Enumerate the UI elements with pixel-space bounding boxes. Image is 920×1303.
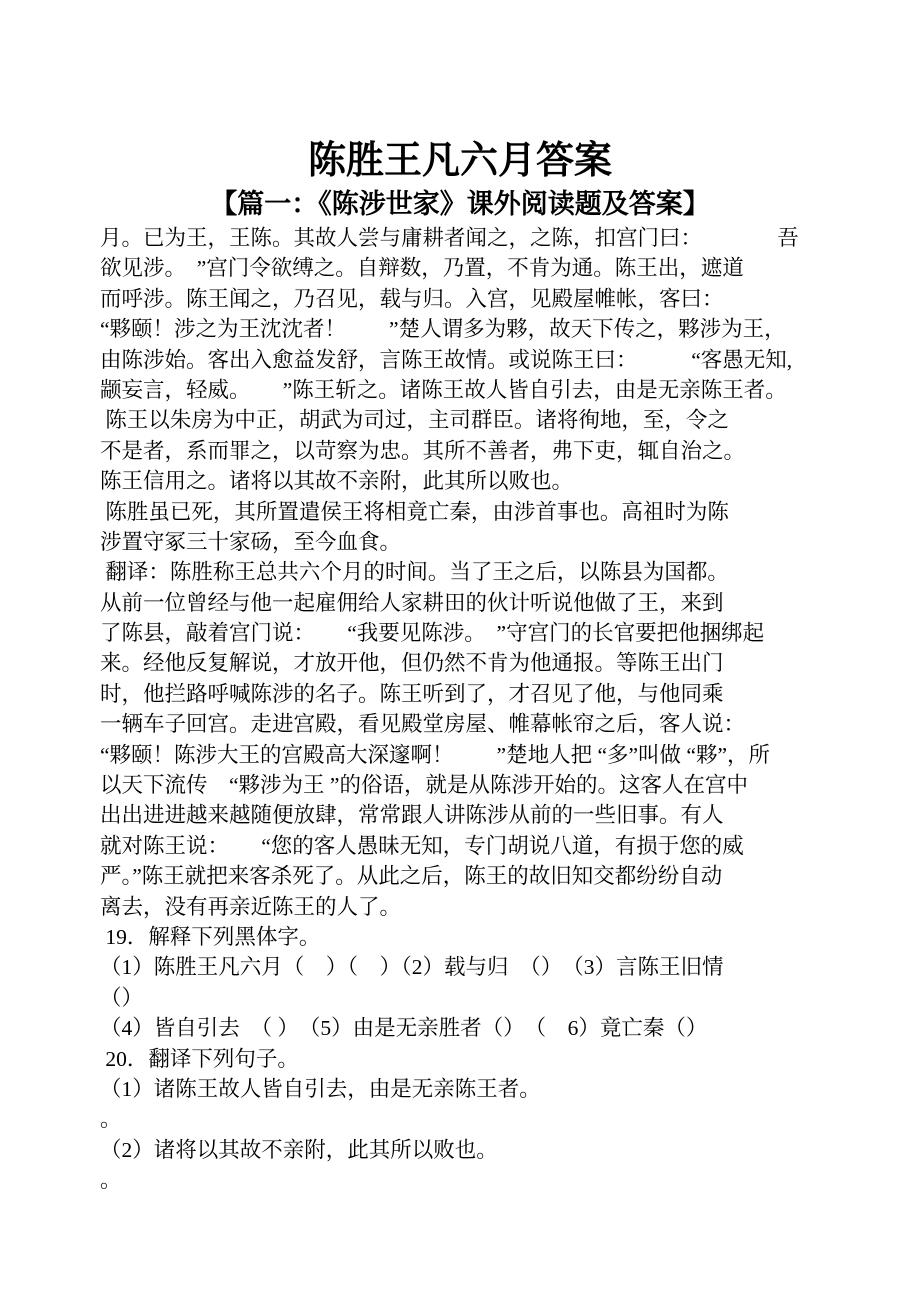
text-line: 陈胜虽已死，其所置遣侯王将相竟亡秦，由涉首事也。高祖时为陈 — [100, 497, 824, 527]
text-line: （4）皆自引去 （ ） （5）由是无亲胜者（） （ 6）竟亡秦（） — [100, 1013, 824, 1043]
text-line: 出出进进越来越随便放肆，常常跟人讲陈涉从前的一些旧事。有人 — [100, 800, 824, 830]
text-line: 来。经他反复解说，才放开他，但仍然不肯为他通报。等陈王出门 — [100, 648, 824, 678]
page-subtitle: 【篇一：《陈涉世家》课外阅读题及答案】 — [100, 186, 820, 222]
text-line: 不是者，系而罪之，以苛察为忠。其所不善者，弗下吏，辄自治之。 — [100, 436, 824, 466]
text-line: 由陈涉始。客出入愈益发舒，言陈王故情。或说陈王曰： “客愚无知, — [100, 345, 824, 375]
text-line: 了陈县，敲着宫门说： “我要见陈涉。 ”守宫门的长官要把他捆绑起 — [100, 618, 824, 648]
document-body: 月。已为王，王陈。其故人尝与庸耕者闻之，之陈，扣宫门曰： 吾欲见涉。 ”宫门令欲… — [100, 223, 824, 1196]
text-line: 离去，没有再亲近陈王的人了。 — [100, 892, 824, 922]
document-page: 陈胜王凡六月答案 【篇一：《陈涉世家》课外阅读题及答案】 月。已为王，王陈。其故… — [0, 0, 920, 1303]
text-line: 严。”陈王就把来客杀死了。从此之后，陈王的故旧知交都纷纷自动 — [100, 861, 824, 891]
text-line: “夥颐！涉之为王沈沈者！ ”楚人谓多为夥，故天下传之，夥涉为王， — [100, 314, 824, 344]
page-title: 陈胜王凡六月答案 — [100, 137, 820, 185]
text-line: 涉置守冢三十家砀，至今血食。 — [100, 527, 824, 557]
text-line: 以天下流传 “夥涉为王 ”的俗语，就是从陈涉开始的。这客人在宫中 — [100, 770, 824, 800]
text-line: 月。已为王，王陈。其故人尝与庸耕者闻之，之陈，扣宫门曰： 吾 — [100, 223, 824, 253]
text-line: “夥颐！陈涉大王的宫殿高大深邃啊！ ”楚地人把 “多”叫做 “夥”，所 — [100, 740, 824, 770]
text-line: 。 — [100, 1104, 824, 1134]
text-line: 翻译：陈胜称王总共六个月的时间。当了王之后，以陈县为国都。 — [100, 557, 824, 587]
text-line: 从前一位曾经与他一起雇佣给人家耕田的伙计听说他做了王，来到 — [100, 588, 824, 618]
text-line: 19．解释下列黑体字。 — [100, 922, 824, 952]
text-line: 而呼涉。陈王闻之，乃召见，载与归。入宫，见殿屋帷帐，客曰： — [100, 284, 824, 314]
text-line: 陈王信用之。诸将以其故不亲附，此其所以败也。 — [100, 466, 824, 496]
text-line: （） — [100, 983, 824, 1013]
text-line: （1）陈胜王凡六月（ ）（ ）（2）载与归 （） （3）言陈王旧情 — [100, 952, 824, 982]
text-line: 一辆车子回宫。走进宫殿，看见殿堂房屋、帷幕帐帘之后，客人说： — [100, 709, 824, 739]
text-line: （1）诸陈王故人皆自引去，由是无亲陈王者。 — [100, 1074, 824, 1104]
text-line: 陈王以朱房为中正，胡武为司过，主司群臣。诸将徇地，至，令之 — [100, 405, 824, 435]
text-line: 20．翻译下列句子。 — [100, 1044, 824, 1074]
text-line: 时，他拦路呼喊陈涉的名子。陈王听到了，才召见了他，与他同乘 — [100, 679, 824, 709]
text-line: 颛妄言，轻威。 ”陈王斩之。诸陈王故人皆自引去，由是无亲陈王者。 — [100, 375, 824, 405]
text-line: 欲见涉。 ”宫门令欲缚之。自辩数，乃置，不肯为通。陈王出，遮道 — [100, 253, 824, 283]
text-line: 就对陈王说： “您的客人愚昧无知，专门胡说八道，有损于您的威 — [100, 831, 824, 861]
text-line: 。 — [100, 1165, 824, 1195]
text-line: （2）诸将以其故不亲附，此其所以败也。 — [100, 1135, 824, 1165]
